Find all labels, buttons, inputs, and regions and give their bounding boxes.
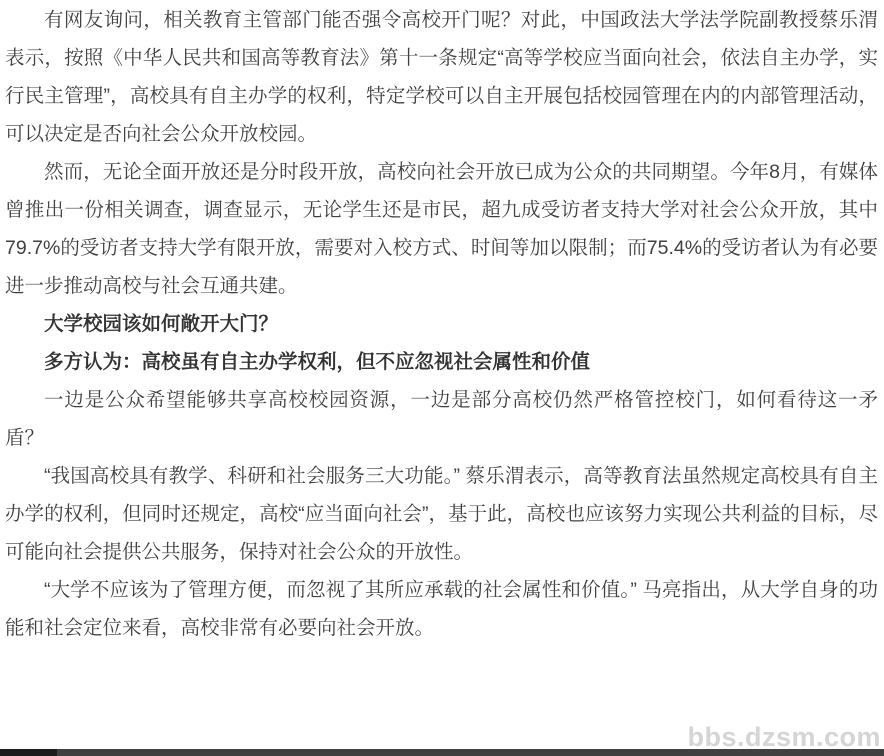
article-body: 有网友询问，相关教育主管部门能否强令高校开门呢？对此，中国政法大学法学院副教授蔡… xyxy=(0,0,884,647)
paragraph-netizen-question: 有网友询问，相关教育主管部门能否强令高校开门呢？对此，中国政法大学法学院副教授蔡… xyxy=(5,1,878,153)
section-heading-open-gate-question: 大学校园该如何敞开大门？ xyxy=(5,305,878,343)
paragraph-contradiction-question: 一边是公众希望能够共享高校校园资源，一边是部分高校仍然严格管控校门，如何看待这一… xyxy=(5,381,878,457)
watermark-text: bbs.dzsm.com xyxy=(687,722,881,753)
paragraph-cai-lewei-quote: “我国高校具有教学、科研和社会服务三大功能。” 蔡乐渭表示，高等教育法虽然规定高… xyxy=(5,457,878,571)
section-subheading-multi-party-view: 多方认为：高校虽有自主办学权利，但不应忽视社会属性和价值 xyxy=(5,343,878,381)
paragraph-survey-results: 然而，无论全面开放还是分时段开放，高校向社会开放已成为公众的共同期望。今年8月，… xyxy=(5,153,878,305)
footer-bar-left-segment xyxy=(0,749,57,756)
paragraph-ma-liang-quote: “大学不应该为了管理方便，而忽视了其所应承载的社会属性和价值。” 马亮指出，从大… xyxy=(5,571,878,647)
